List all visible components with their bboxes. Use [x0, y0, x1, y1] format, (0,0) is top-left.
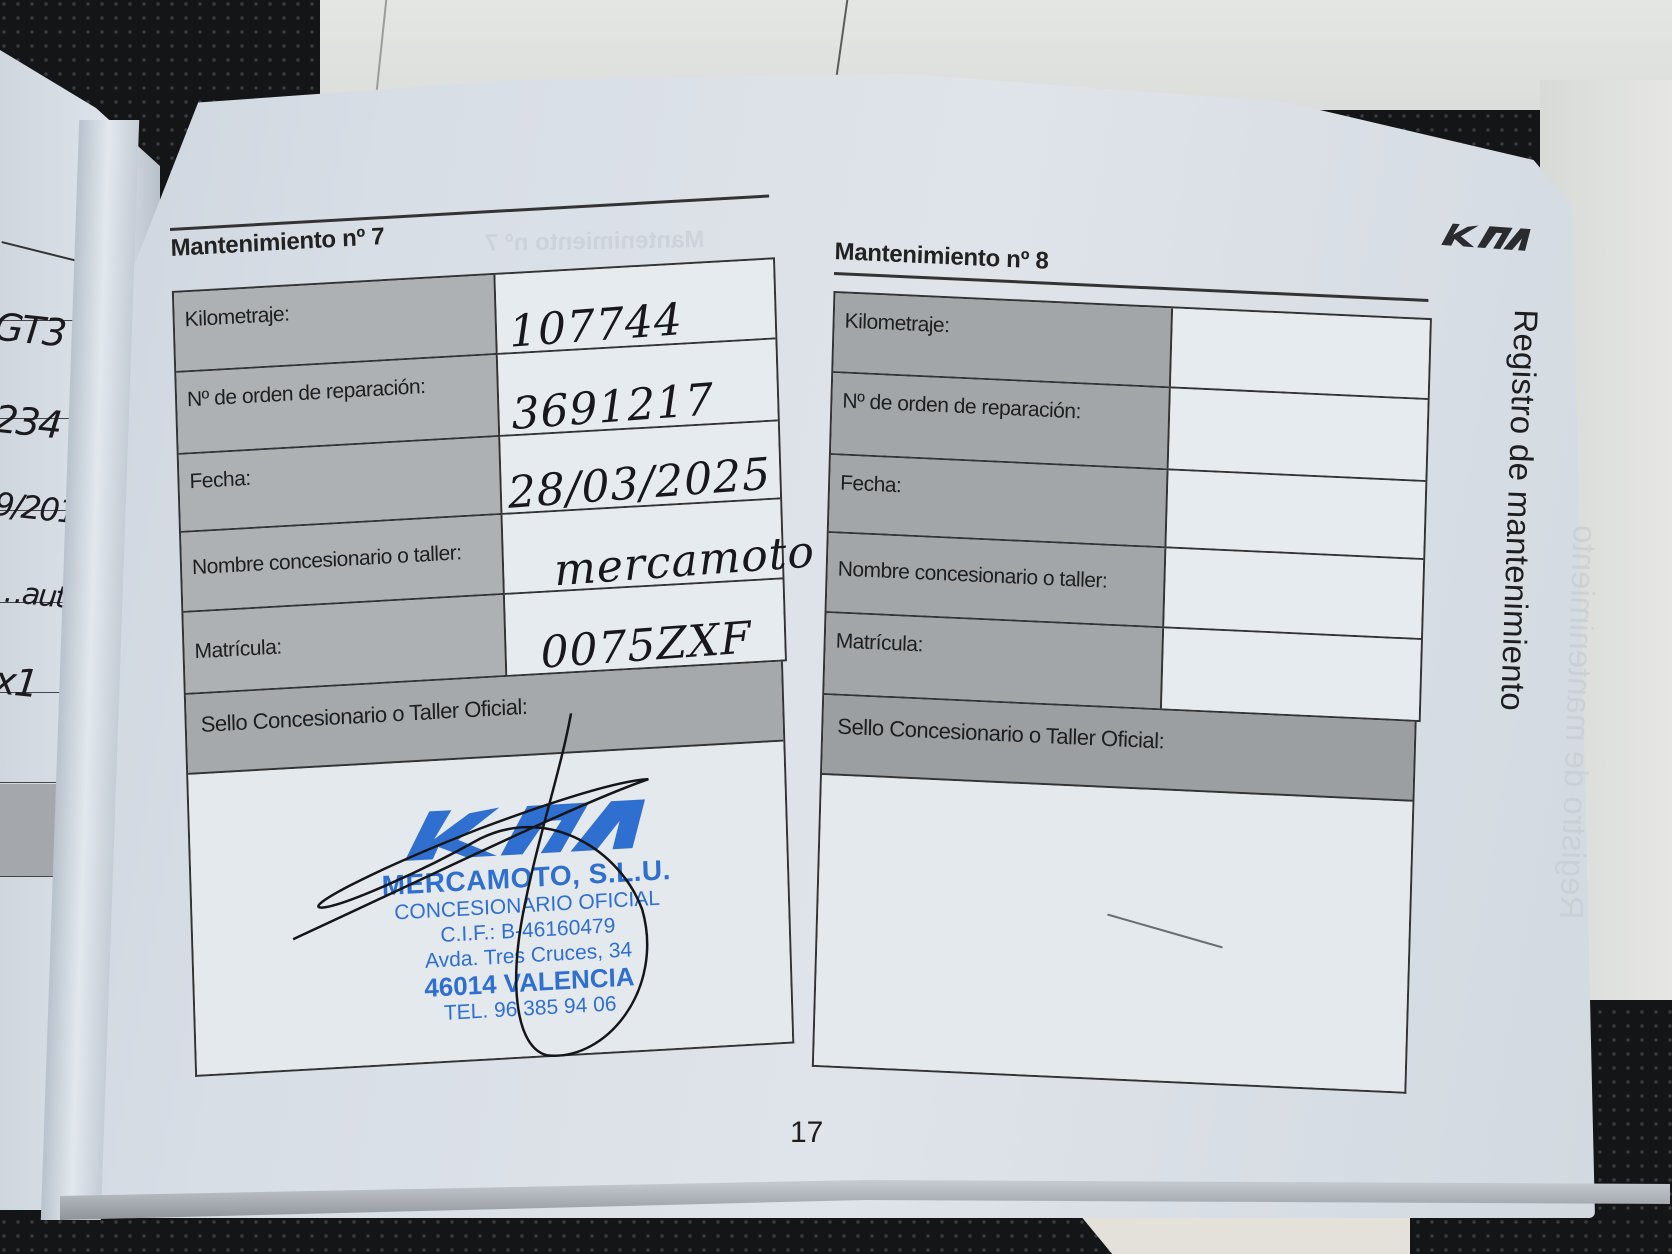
matricula-field[interactable]: 0075ZXF [505, 579, 785, 675]
field-label: Nombre concesionario o taller: [181, 515, 505, 611]
stamp-box: Sello Concesionario o Taller Oficial: ME… [184, 661, 794, 1076]
orden-reparacion-field[interactable]: 3691217 [498, 339, 778, 435]
kilometraje-field[interactable]: 107744 [495, 259, 775, 353]
dealer-stamp: MERCAMOTO, S.L.U. CONCESIONARIO OFICIAL … [359, 787, 695, 1031]
field-label: Fecha: [829, 455, 1169, 546]
concesionario-field[interactable] [1164, 548, 1423, 638]
orden-reparacion-field[interactable] [1169, 388, 1428, 480]
maintenance-8-panel: Mantenimiento nº 8 Kilometraje: Nº de or… [812, 238, 1430, 1094]
field-label: Nombre concesionario o taller: [827, 533, 1167, 626]
background-white-object-bottom [1080, 1215, 1410, 1254]
handwritten-fragment: 234 [0, 397, 63, 448]
kia-logo-icon [399, 789, 650, 865]
fecha-field[interactable] [1166, 470, 1425, 558]
field-label: Matrícula: [824, 613, 1164, 708]
handwritten-fragment: GT3 [0, 304, 67, 355]
field-label: Nº de orden de reparación: [176, 355, 500, 453]
fecha-field[interactable]: 28/03/2025 [500, 421, 780, 513]
field-label: Nº de orden de reparación: [831, 373, 1171, 468]
field-label: Kilometraje: [174, 275, 498, 371]
stamp-box: Sello Concesionario o Taller Oficial: [812, 695, 1417, 1094]
field-label: Matrícula: [183, 595, 507, 693]
matricula-field[interactable] [1162, 628, 1421, 720]
page-number: 17 [790, 1116, 823, 1150]
concesionario-field[interactable]: mercamoto [503, 499, 783, 593]
kilometraje-field[interactable] [1171, 308, 1430, 398]
stamp-area [814, 775, 1412, 1092]
maintenance-7-panel: Mantenimiento nº 7 Kilometraje: 107744 N… [170, 195, 794, 1077]
stamp-area: MERCAMOTO, S.L.U. CONCESIONARIO OFICIAL … [188, 742, 792, 1075]
field-label: Kilometraje: [833, 293, 1173, 386]
maintenance-8-form: Kilometraje: Nº de orden de reparación: … [822, 291, 1432, 722]
handwritten-fragment: x1 [0, 658, 39, 706]
maintenance-7-form: Kilometraje: 107744 Nº de orden de repar… [172, 257, 787, 695]
